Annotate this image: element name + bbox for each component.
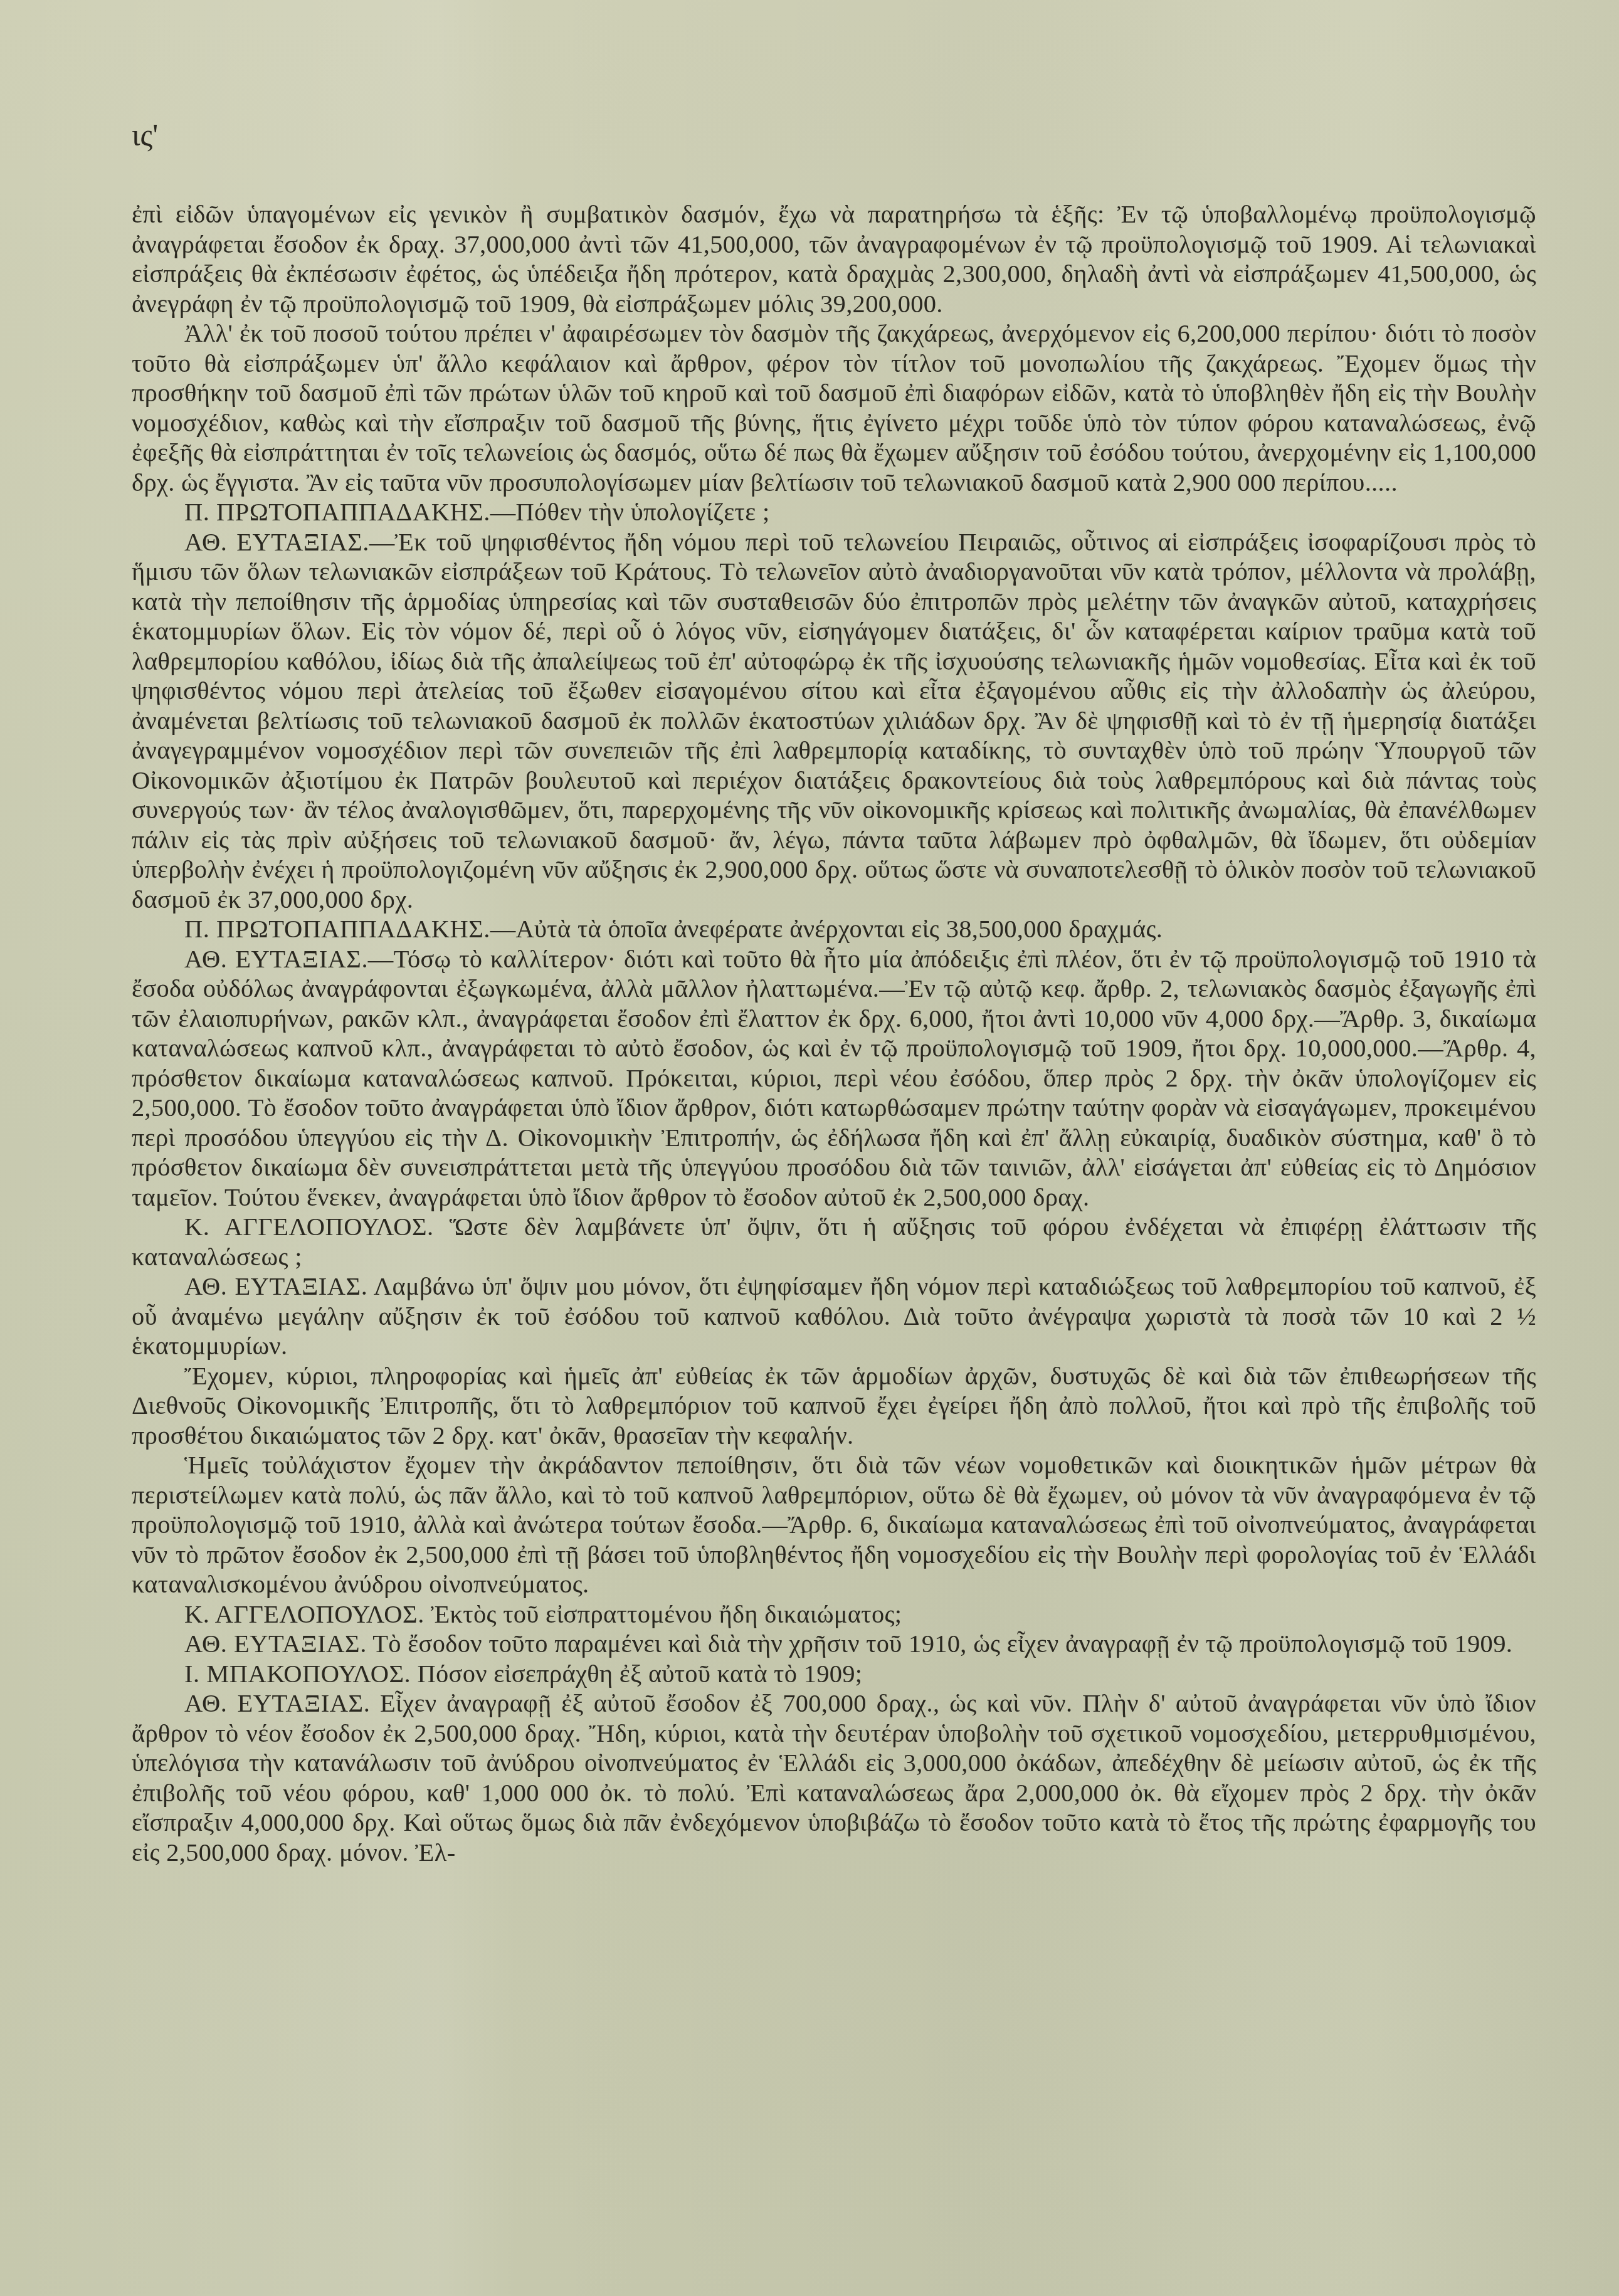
speech-separator: . (360, 1630, 372, 1658)
speech-eftaxias: ΑΘ. ΕΥΤΑΞΙΑΣ. Εἶχεν ἀναγραφῇ ἐξ αὐτοῦ ἔσ… (132, 1688, 1536, 1867)
body-text: ἐπὶ εἰδῶν ὑπαγομένων εἰς γενικὸν ἢ συμβα… (132, 199, 1536, 1867)
speech-text: Τὸ ἔσοδον τοῦτο παραμένει καὶ διὰ τὴν χρ… (372, 1630, 1512, 1658)
speech-separator: .— (483, 915, 515, 943)
speech-protopapadakis: Π. ΠΡΩΤΟΠΑΠΠΑΔΑΚΗΣ.—Πόθεν τὴν ὑπολογίζετ… (132, 497, 1536, 527)
speech-separator: .— (483, 498, 515, 526)
speech-eftaxias: ΑΘ. ΕΥΤΑΞΙΑΣ. Λαμβάνω ὑπ' ὄψιν μου μόνον… (132, 1272, 1536, 1361)
speech-separator: . (427, 1213, 450, 1241)
paragraph: Ἔχομεν, κύριοι, πληροφορίας καὶ ἡμεῖς ἀπ… (132, 1361, 1536, 1451)
speech-separator: .— (361, 945, 393, 973)
document-page: ις' ἐπὶ εἰδῶν ὑπαγομένων εἰς γενικὸν ἢ σ… (132, 119, 1536, 1867)
speaker-name: Κ. ΑΓΓΕΛΟΠΟΥΛΟΣ (184, 1213, 427, 1241)
speech-eftaxias: ΑΘ. ΕΥΤΑΞΙΑΣ.—Τόσῳ τὸ καλλίτερον· διότι … (132, 944, 1536, 1213)
speaker-name: Π. ΠΡΩΤΟΠΑΠΠΑΔΑΚΗΣ (184, 498, 483, 526)
speech-text: Πόθεν τὴν ὑπολογίζετε ; (515, 498, 769, 526)
paragraph-continuation: ἐπὶ εἰδῶν ὑπαγομένων εἰς γενικὸν ἢ συμβα… (132, 199, 1536, 319)
speaker-name: ΑΘ. ΕΥΤΑΞΙΑΣ (184, 945, 361, 973)
page-number: ις' (132, 119, 1536, 150)
speech-text: Ἐκτὸς τοῦ εἰσπραττομένου ἤδη δικαιώματος… (431, 1600, 902, 1628)
speech-text: Τόσῳ τὸ καλλίτερον· διότι καὶ τοῦτο θὰ ἦ… (132, 945, 1536, 1211)
speech-separator: .— (362, 528, 394, 556)
speech-text: Πόσον εἰσεπράχθη ἐξ αὐτοῦ κατὰ τὸ 1909; (417, 1660, 862, 1688)
speech-angelopoulos: Κ. ΑΓΓΕΛΟΠΟΥΛΟΣ. Ἐκτὸς τοῦ εἰσπραττομένο… (132, 1599, 1536, 1630)
speech-text: Ἐκ τοῦ ψηφισθέντος ἤδη νόμου περὶ τοῦ τε… (132, 528, 1536, 914)
speaker-name: ΑΘ. ΕΥΤΑΞΙΑΣ (184, 1689, 364, 1717)
speech-bakopoulos: Ι. ΜΠΑΚΟΠΟΥΛΟΣ. Πόσον εἰσεπράχθη ἐξ αὐτο… (132, 1659, 1536, 1689)
speaker-name: ΑΘ. ΕΥΤΑΞΙΑΣ (184, 1630, 360, 1658)
speaker-name: Π. ΠΡΩΤΟΠΑΠΠΑΔΑΚΗΣ (184, 915, 483, 943)
speech-separator: . (364, 1689, 380, 1717)
speaker-name: Ι. ΜΠΑΚΟΠΟΥΛΟΣ (184, 1660, 404, 1688)
speech-text: Αὐτὰ τὰ ὁποῖα ἀνεφέρατε ἀνέρχονται εἰς 3… (515, 915, 1163, 943)
paragraph: Ἀλλ' ἐκ τοῦ ποσοῦ τούτου πρέπει ν' ἀφαιρ… (132, 319, 1536, 497)
speech-protopapadakis: Π. ΠΡΩΤΟΠΑΠΠΑΔΑΚΗΣ.—Αὐτὰ τὰ ὁποῖα ἀνεφέρ… (132, 914, 1536, 944)
speech-separator: . (418, 1600, 431, 1628)
speaker-name: ΑΘ. ΕΥΤΑΞΙΑΣ (184, 528, 362, 556)
speech-separator: . (404, 1660, 418, 1688)
speech-eftaxias: ΑΘ. ΕΥΤΑΞΙΑΣ.—Ἐκ τοῦ ψηφισθέντος ἤδη νόμ… (132, 527, 1536, 915)
paragraph: Ἡμεῖς τοὐλάχιστον ἔχομεν τὴν ἀκράδαντον … (132, 1450, 1536, 1599)
speech-separator: . (361, 1272, 374, 1300)
speaker-name: Κ. ΑΓΓΕΛΟΠΟΥΛΟΣ (184, 1600, 418, 1628)
speech-eftaxias: ΑΘ. ΕΥΤΑΞΙΑΣ. Τὸ ἔσοδον τοῦτο παραμένει … (132, 1629, 1536, 1659)
speech-angelopoulos: Κ. ΑΓΓΕΛΟΠΟΥΛΟΣ. Ὥστε δὲν λαμβάνετε ὑπ' … (132, 1212, 1536, 1272)
speaker-name: ΑΘ. ΕΥΤΑΞΙΑΣ (184, 1272, 361, 1300)
